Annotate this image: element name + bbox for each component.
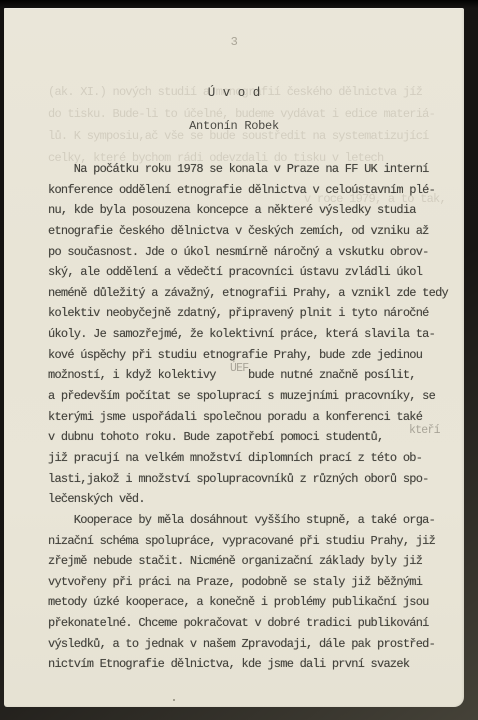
- faint-typed-word: kteří: [409, 424, 440, 437]
- text-line: lečenských věd.: [48, 489, 456, 510]
- text-line: metody úzké kooperace, a konečně i probl…: [48, 592, 456, 613]
- text-line: neméně důležitý a závažný, etnografii Pr…: [48, 283, 456, 304]
- typewritten-body-text: Na počátku roku 1978 se konala v Praze n…: [48, 159, 456, 675]
- text-line: konference oddělení etnografie dělnictva…: [48, 180, 456, 201]
- text-line: nizační schéma spolupráce, vypracované p…: [48, 531, 456, 552]
- text-line: nu, kde byla posouzena koncepce a někter…: [48, 200, 456, 221]
- text-line: ský, ale oddělení a vědečtí pracovníci ú…: [48, 262, 456, 283]
- text-line: úkoly. Je samozřejmé, že kolektivní prác…: [48, 324, 456, 345]
- text-line: možností, i když kolektivy bude nutné zn…: [48, 365, 456, 386]
- text-line: kové úspěchy při studiu etnografie Prahy…: [48, 345, 456, 366]
- paper-speck: [173, 699, 175, 701]
- text-line: vytvořeny při práci na Praze, podobně se…: [48, 572, 456, 593]
- text-line: kterými jsme uspořádali společnou poradu…: [48, 407, 456, 428]
- text-line: lasti,jakož i množství spolupracovníků z…: [48, 469, 456, 490]
- text-line: Kooperace by měla dosáhnout vyššího stup…: [48, 510, 456, 531]
- text-line: Na počátku roku 1978 se konala v Praze n…: [48, 159, 456, 180]
- text-line: v dubnu tohoto roku. Bude zapotřebí pomo…: [48, 427, 456, 448]
- text-line: zřejmě nebude stačit. Nicméně organizačn…: [48, 551, 456, 572]
- text-line: nictvím Etnografie dělnictva, kde jsme d…: [48, 654, 456, 675]
- text-line: výsledků, a to jednak v našem Zpravodaji…: [48, 634, 456, 655]
- text-line: kolektiv neobyčejně zdatný, připravený p…: [48, 303, 456, 324]
- faint-typed-word: ÚEF: [230, 362, 248, 375]
- page-title: Ú v o d: [4, 86, 464, 100]
- text-line: a především počítat se spoluprací s muze…: [48, 386, 456, 407]
- author-name: Antonín Robek: [4, 119, 464, 133]
- scanned-document-page: 3 (ak. XI.) nových studií a monografií č…: [0, 0, 478, 720]
- page-number: 3: [4, 35, 464, 49]
- text-line: překonatelné. Chceme pokračovat v dobré …: [48, 613, 456, 634]
- paper-sheet: 3 (ak. XI.) nových studií a monografií č…: [4, 8, 464, 707]
- scan-edge-shadow: [0, 0, 478, 8]
- text-line: etnografie českého dělnictva v českých z…: [48, 221, 456, 242]
- text-line: po současnost. Jde o úkol nesmírně nároč…: [48, 242, 456, 263]
- text-line: již pracují na velkém množství diplomníc…: [48, 448, 456, 469]
